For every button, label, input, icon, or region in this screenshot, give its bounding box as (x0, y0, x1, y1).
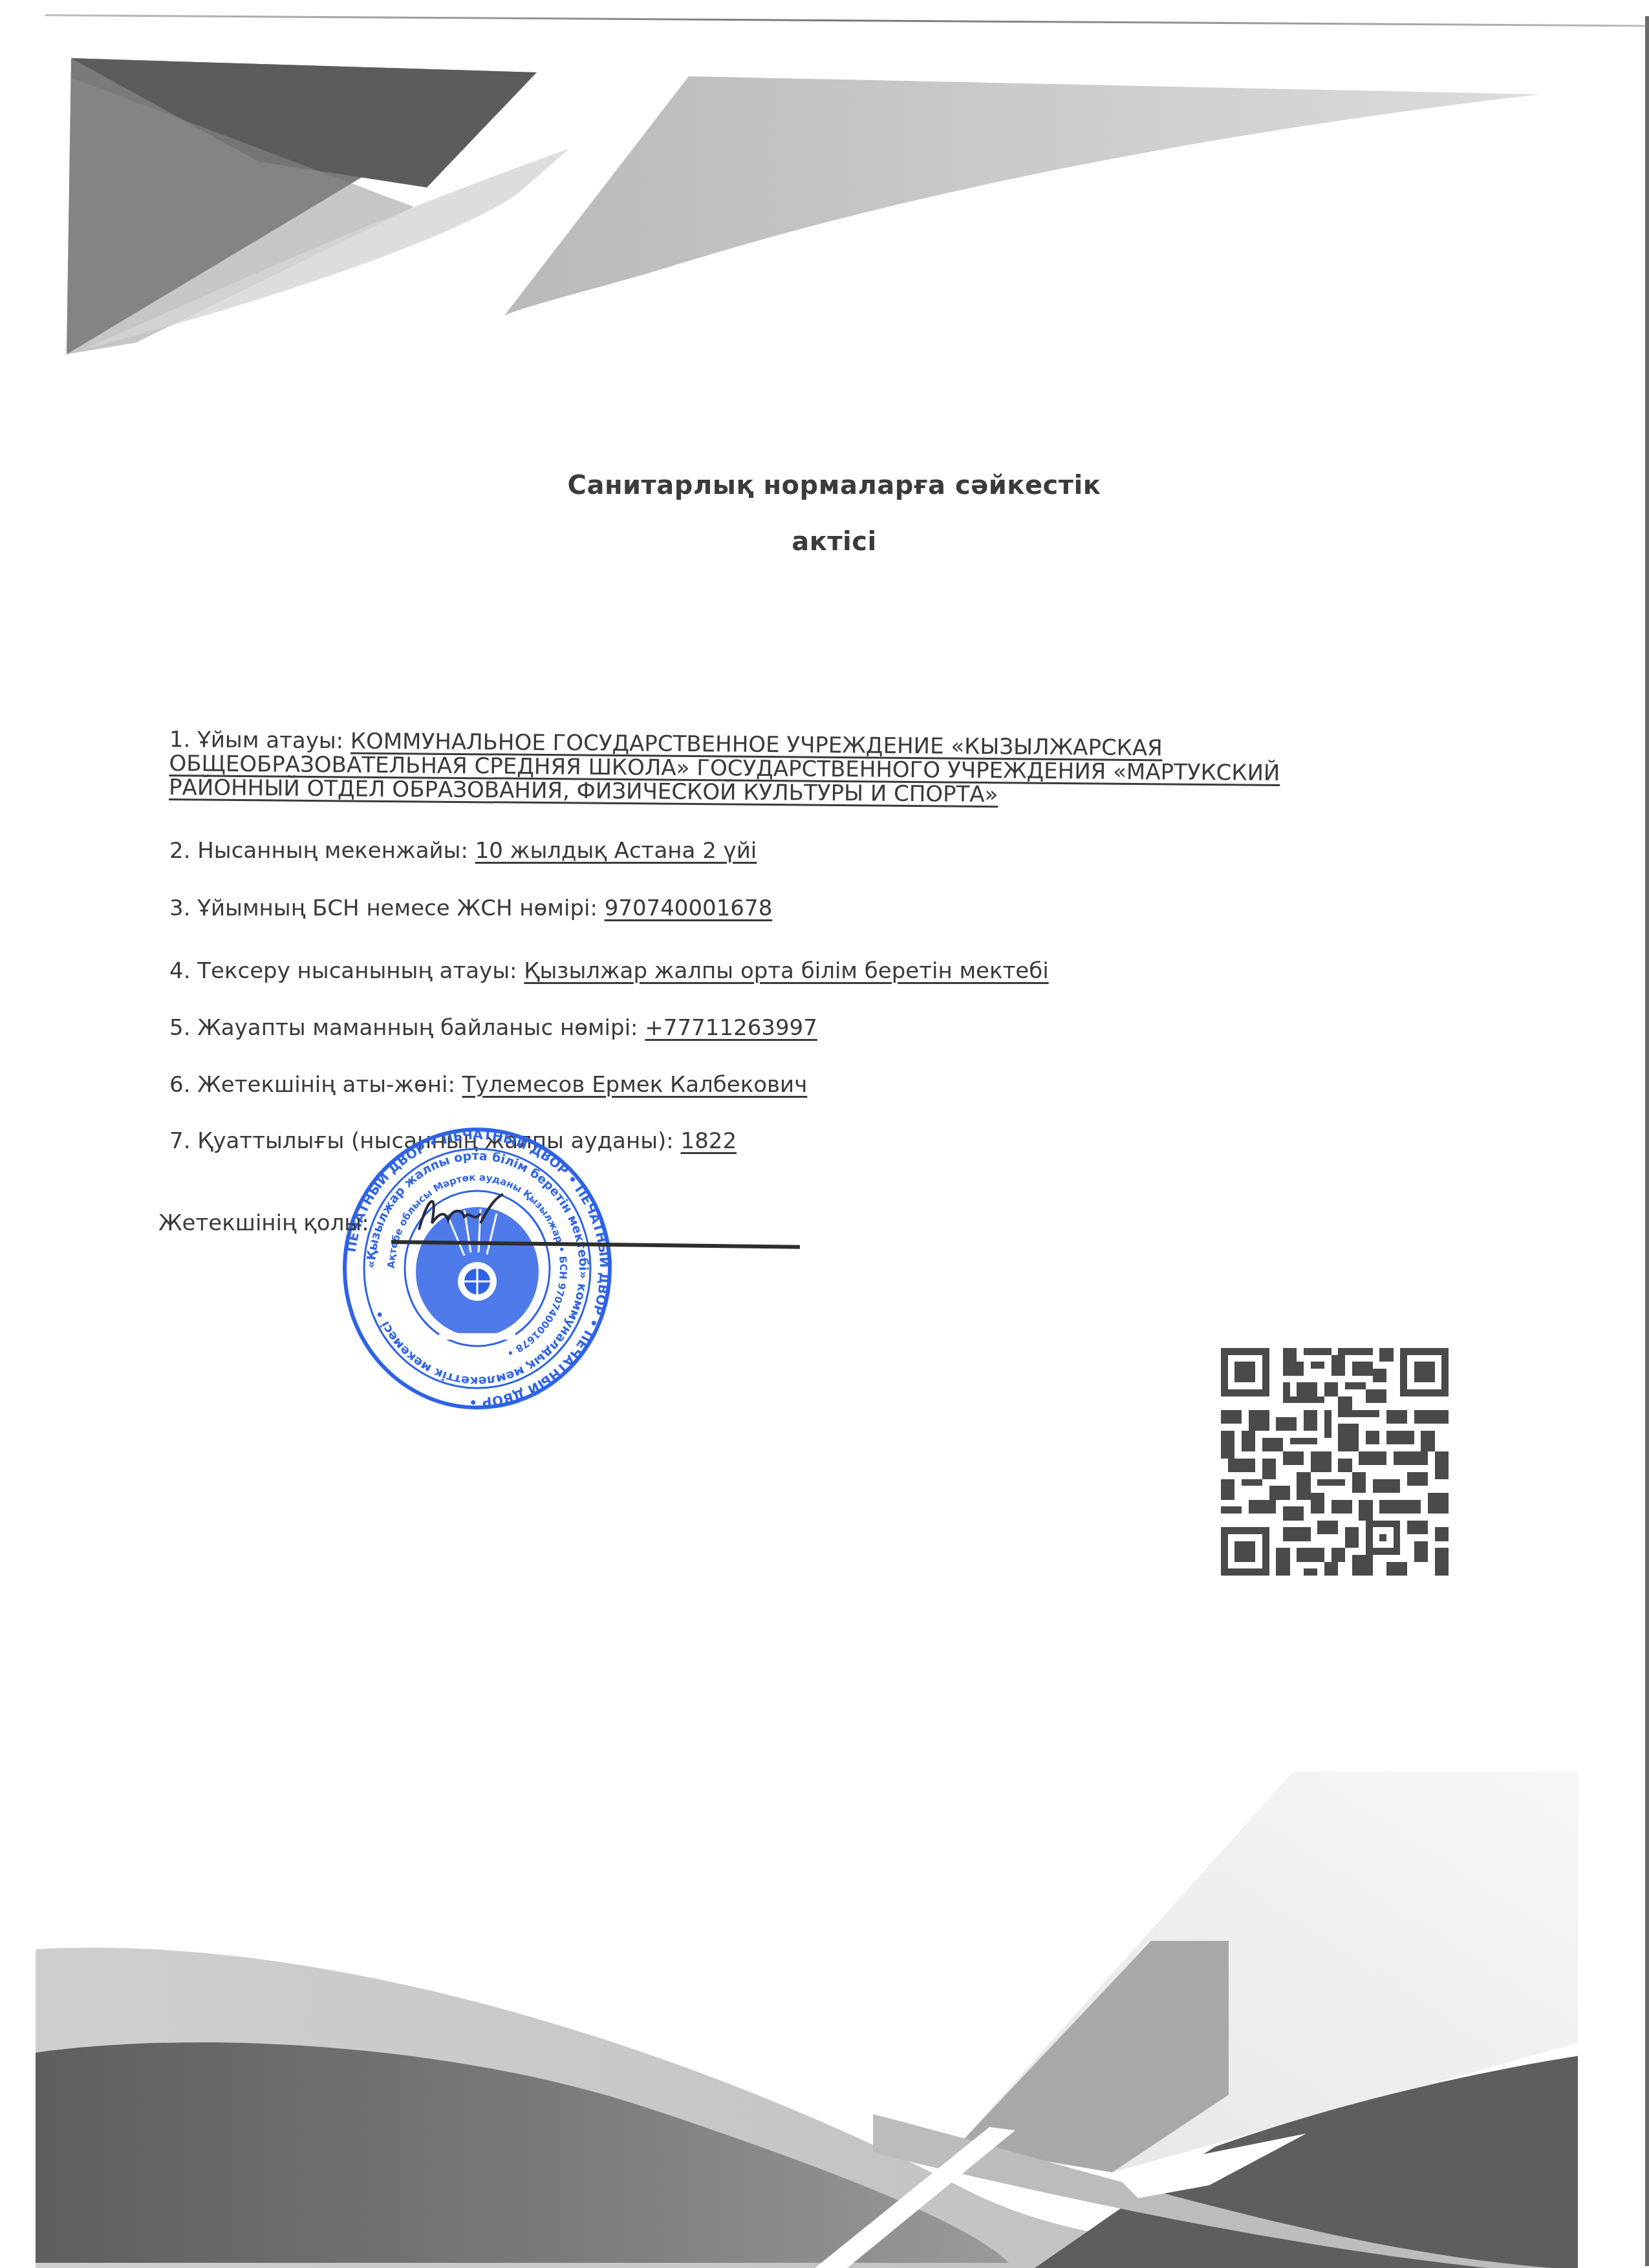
field-organization-name: 1. Ұйым атауы: КОММУНАЛЬНОЕ ГОСУДАРСТВЕН… (169, 728, 1398, 811)
official-stamp: ПЕЧАТНЫЙ ДВОР • ПЕЧАТНЫЙ ДВОР • ПЕЧАТНЫЙ… (341, 1126, 613, 1411)
bottom-decoration (0, 1771, 1649, 2268)
field-address: 2. Нысанның мекенжайы: 10 жылдық Астана … (169, 839, 757, 863)
field-bin: 3. Ұйымның БСН немесе ЖСН нөмірі: 970740… (169, 897, 772, 921)
field-value: 1822 (681, 1128, 737, 1154)
field-value: 10 жылдық Астана 2 үйі (475, 838, 757, 864)
field-inspection-object: 4. Тексеру нысанының атауы: Қызылжар жал… (169, 959, 1049, 983)
top-decoration (0, 0, 1649, 388)
field-label: 2. Нысанның мекенжайы: (169, 838, 475, 864)
document-title: Санитарлық нормаларға сәйкестік (0, 471, 1649, 500)
field-value: Тулемесов Ермек Калбекович (462, 1072, 808, 1098)
field-label: 3. Ұйымның БСН немесе ЖСН нөмірі: (169, 895, 605, 921)
qr-code-icon (1221, 1348, 1449, 1576)
field-value: 970740001678 (605, 895, 773, 921)
field-contact-phone: 5. Жауапты маманның байланыс нөмірі: +77… (169, 1016, 817, 1040)
field-label: 5. Жауапты маманның байланыс нөмірі: (169, 1015, 645, 1041)
field-value: Қызылжар жалпы орта білім беретін мектеб… (524, 958, 1048, 984)
field-label: 6. Жетекшінің аты-жөні: (169, 1072, 462, 1098)
field-label: 1. Ұйым атауы: (169, 727, 350, 754)
field-value: +77711263997 (645, 1015, 817, 1041)
document-subtitle: актісі (0, 527, 1649, 557)
field-label: 4. Тексеру нысанының атауы: (169, 958, 524, 984)
signature-label: Жетекшінің қолы: (158, 1210, 369, 1236)
field-head-name: 6. Жетекшінің аты-жөні: Тулемесов Ермек … (169, 1073, 807, 1097)
